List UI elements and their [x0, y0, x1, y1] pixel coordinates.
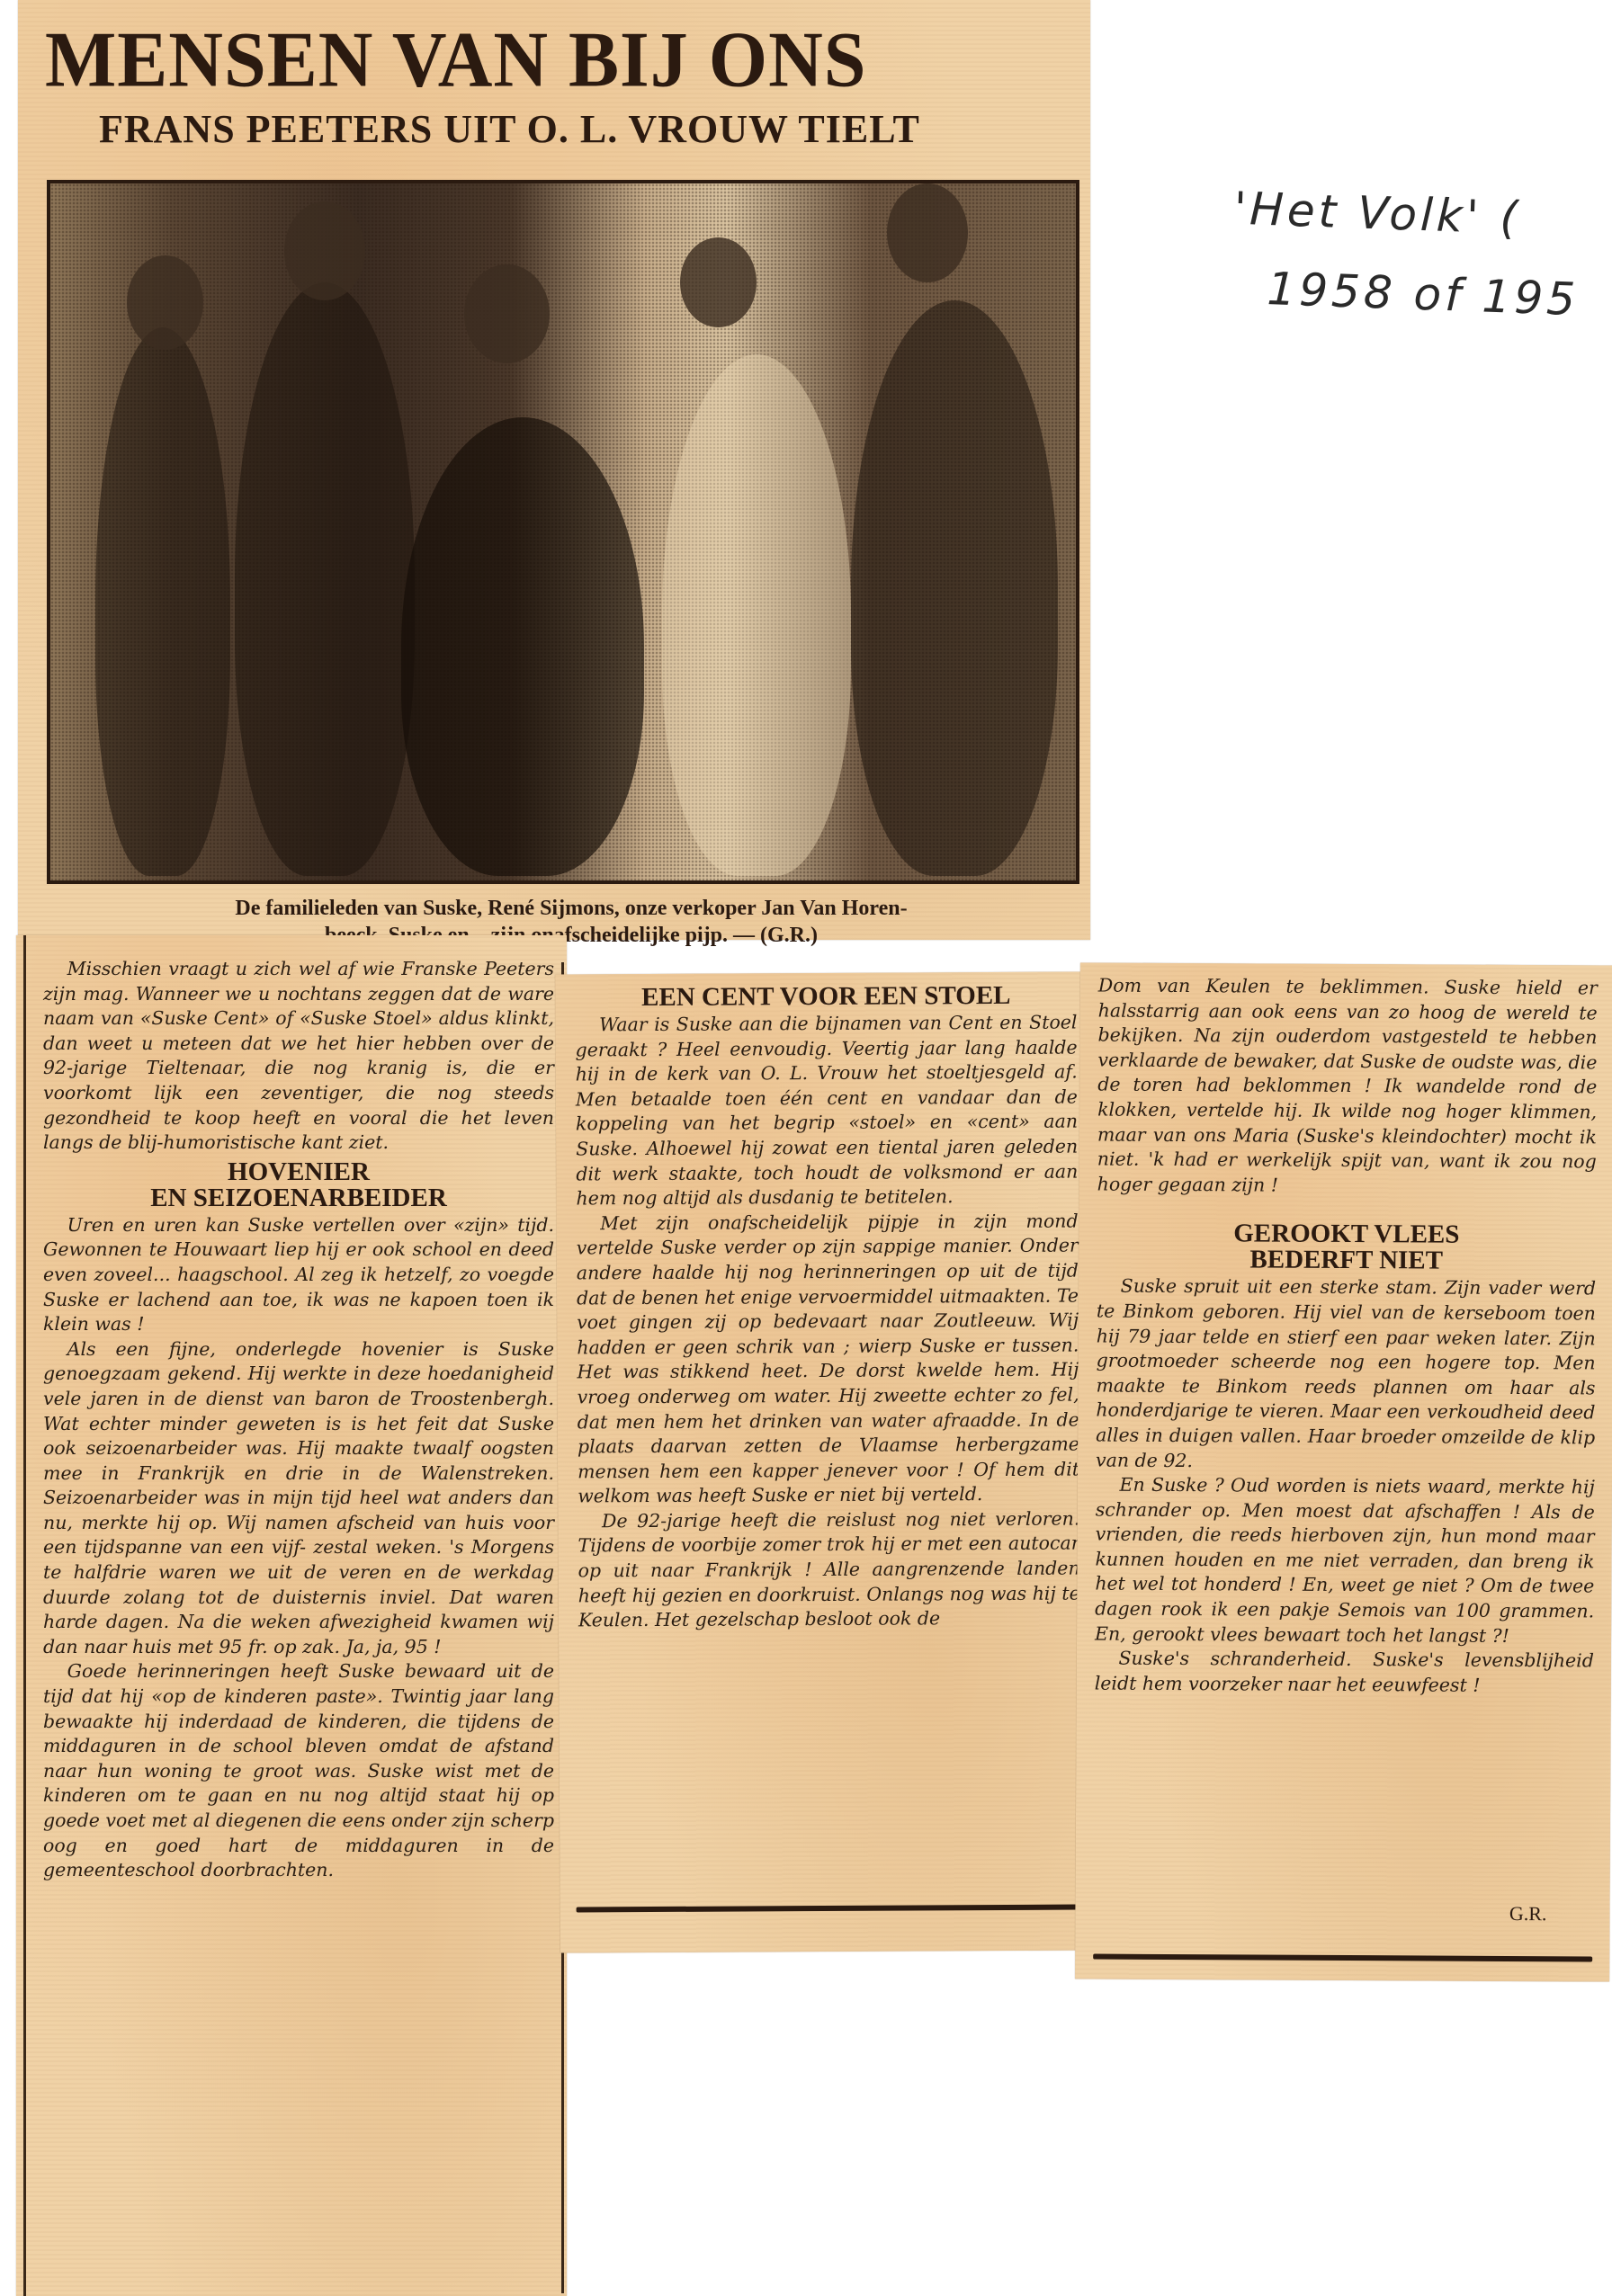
paragraph: Suske's schranderheid. Suske's levensbli…	[1095, 1647, 1594, 1699]
paragraph: Goede herinneringen heeft Suske bewaard …	[43, 1659, 554, 1882]
section-heading-line: EN SEIZOENARBEIDER	[43, 1185, 554, 1211]
clipping-column-3: Dom van Keulen te beklimmen. Suske hield…	[1075, 962, 1612, 1981]
photo-figure-head	[284, 201, 365, 300]
subheadline: FRANS PEETERS UIT O. L. VROUW TIELT	[99, 106, 1088, 152]
paragraph: Waar is Suske aan die bijnamen van Cent …	[575, 1011, 1078, 1212]
author-signature: G.R.	[1509, 1902, 1547, 1925]
paragraph: Misschien vraagt u zich wel af wie Frans…	[43, 957, 554, 1156]
section-heading-gerookt-vlees: GEROOKT VLEES BEDERFT NIET	[1097, 1220, 1596, 1275]
clipping-header: MENSEN VAN BIJ ONS FRANS PEETERS UIT O. …	[18, 0, 1090, 940]
paragraph: Dom van Keulen te beklimmen. Suske hield…	[1097, 974, 1598, 1200]
clipping-column-1: Misschien vraagt u zich wel af wie Frans…	[16, 935, 567, 2296]
end-rule	[577, 1905, 1080, 1913]
article-column-3: Dom van Keulen te beklimmen. Suske hield…	[1095, 974, 1598, 1699]
photo-figure-head	[464, 264, 550, 363]
paragraph: Uren en uren kan Suske vertellen over «z…	[43, 1213, 554, 1337]
photo-figure	[95, 327, 230, 876]
photo-figure-head	[127, 255, 203, 350]
section-heading-hovenier: HOVENIER EN SEIZOENARBEIDER	[43, 1159, 554, 1211]
headline: MENSEN VAN BIJ ONS	[45, 14, 1079, 106]
paragraph: En Suske ? Oud worden is niets waard, me…	[1095, 1473, 1595, 1649]
photo-figure	[235, 282, 415, 876]
paragraph: Als een fijne, onderlegde hovenier is Su…	[43, 1337, 554, 1660]
end-rule	[1093, 1954, 1592, 1962]
caption-line-1: De familieleden van Suske, René Sijmons,…	[54, 895, 1088, 922]
section-heading-cent-stoel: EEN CENT VOOR EEN STOEL	[575, 983, 1077, 1012]
photo-figure-head	[680, 237, 757, 327]
handwritten-note: 'Het Volk' ( 1958 of 195	[1230, 169, 1612, 341]
section-heading-line: BEDERFT NIET	[1097, 1246, 1596, 1275]
handwritten-line-1: 'Het Volk' (	[1232, 169, 1612, 262]
article-column-2: EEN CENT VOOR EEN STOEL Waar is Suske aa…	[575, 979, 1080, 1634]
photo-figure	[662, 354, 851, 876]
section-heading-line: EEN CENT VOOR EEN STOEL	[575, 983, 1077, 1012]
paragraph: Suske spruit uit een sterke stam. Zijn v…	[1096, 1274, 1596, 1476]
clipping-column-2: EEN CENT VOOR EEN STOEL Waar is Suske aa…	[555, 971, 1093, 1952]
section-heading-line: GEROOKT VLEES	[1097, 1220, 1596, 1249]
paragraph: Met zijn onafscheidelijk pijpje in zijn …	[577, 1209, 1080, 1509]
section-heading-line: HOVENIER	[43, 1159, 554, 1185]
photo-figure	[851, 300, 1058, 876]
paragraph: De 92-jarige heeft die reislust nog niet…	[578, 1506, 1080, 1633]
photo-figure-head	[887, 183, 968, 282]
handwritten-line-2: 1958 of 195	[1230, 248, 1610, 341]
article-column-1: Misschien vraagt u zich wel af wie Frans…	[43, 957, 554, 1883]
photo-figure	[401, 417, 644, 876]
column-rule	[23, 935, 26, 2296]
article-photo	[47, 180, 1079, 884]
